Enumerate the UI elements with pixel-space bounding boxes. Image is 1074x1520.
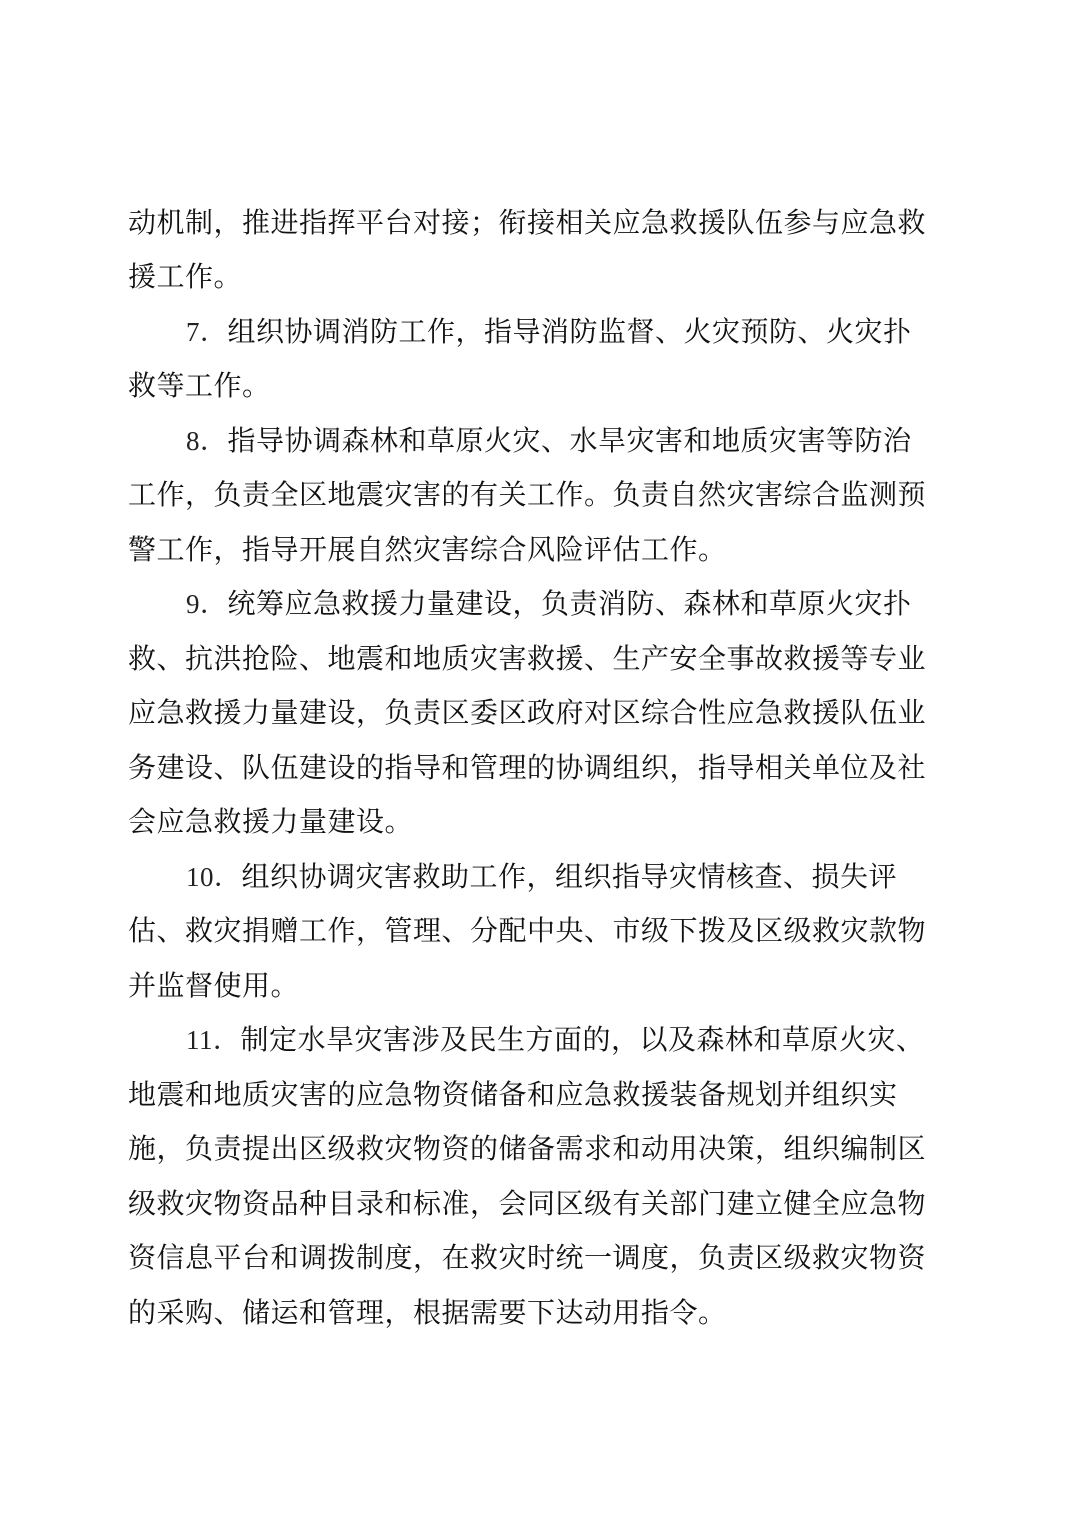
line-text: 会应急救援力量建设。 (128, 805, 413, 838)
paragraph-line: 应急救援力量建设，负责区委区政府对区综合性应急救援队伍业 (128, 693, 940, 733)
paragraph-line: 工作，负责全区地震灾害的有关工作。负责自然灾害综合监测预 (128, 475, 940, 515)
paragraph-11-first-line: 11．制定水旱灾害涉及民生方面的，以及森林和草原火灾、 (186, 1020, 998, 1060)
paragraph-line: 的采购、储运和管理，根据需要下达动用指令。 (128, 1293, 940, 1333)
line-text: 统筹应急救援力量建设，负责消防、森林和草原火灾扑 (228, 587, 912, 620)
line-text: 制定水旱灾害涉及民生方面的，以及森林和草原火灾、 (241, 1023, 925, 1056)
line-text: 组织协调消防工作，指导消防监督、火灾预防、火灾扑 (228, 315, 912, 348)
paragraph-7-first-line: 7．组织协调消防工作，指导消防监督、火灾预防、火灾扑 (186, 312, 998, 352)
paragraph-line: 救等工作。 (128, 366, 940, 406)
paragraph-8-first-line: 8．指导协调森林和草原火灾、水旱灾害和地质灾害等防治 (186, 421, 998, 461)
paragraph-line: 估、救灾捐赠工作，管理、分配中央、市级下拨及区级救灾款物 (128, 911, 940, 951)
paragraph-9-first-line: 9．统筹应急救援力量建设，负责消防、森林和草原火灾扑 (186, 584, 998, 624)
item-number: 11． (186, 1025, 241, 1055)
item-number: 7． (186, 317, 228, 347)
paragraph-line: 援工作。 (128, 257, 940, 297)
line-text: 施，负责提出区级救灾物资的储备需求和动用决策，组织编制区 (128, 1132, 926, 1165)
line-text: 估、救灾捐赠工作，管理、分配中央、市级下拨及区级救灾款物 (128, 914, 926, 947)
line-text: 救、抗洪抢险、地震和地质灾害救援、生产安全事故救援等专业 (128, 642, 926, 675)
line-text: 并监督使用。 (128, 969, 299, 1002)
line-text: 地震和地质灾害的应急物资储备和应急救援装备规划并组织实 (128, 1078, 898, 1111)
line-text: 务建设、队伍建设的指导和管理的协调组织，指导相关单位及社 (128, 751, 926, 784)
line-text: 的采购、储运和管理，根据需要下达动用指令。 (128, 1296, 727, 1329)
line-text: 警工作，指导开展自然灾害综合风险评估工作。 (128, 533, 727, 566)
paragraph-10-first-line: 10．组织协调灾害救助工作，组织指导灾情核查、损失评 (186, 857, 998, 897)
line-text: 资信息平台和调拨制度，在救灾时统一调度，负责区级救灾物资 (128, 1241, 926, 1274)
line-text: 工作，负责全区地震灾害的有关工作。负责自然灾害综合监测预 (128, 478, 926, 511)
line-text: 应急救援力量建设，负责区委区政府对区综合性应急救援队伍业 (128, 696, 926, 729)
item-number: 9． (186, 589, 228, 619)
paragraph-line: 资信息平台和调拨制度，在救灾时统一调度，负责区级救灾物资 (128, 1238, 940, 1278)
paragraph-line: 并监督使用。 (128, 966, 940, 1006)
item-number: 10． (186, 862, 242, 892)
line-text: 救等工作。 (128, 369, 271, 402)
paragraph-line: 施，负责提出区级救灾物资的储备需求和动用决策，组织编制区 (128, 1129, 940, 1169)
paragraph-line: 警工作，指导开展自然灾害综合风险评估工作。 (128, 530, 940, 570)
line-text: 援工作。 (128, 260, 242, 293)
paragraph-line: 地震和地质灾害的应急物资储备和应急救援装备规划并组织实 (128, 1075, 940, 1115)
paragraph-line: 会应急救援力量建设。 (128, 802, 940, 842)
item-number: 8． (186, 426, 228, 456)
paragraph-line: 务建设、队伍建设的指导和管理的协调组织，指导相关单位及社 (128, 748, 940, 788)
paragraph-line: 动机制，推进指挥平台对接；衔接相关应急救援队伍参与应急救 (128, 203, 940, 243)
paragraph-line: 救、抗洪抢险、地震和地质灾害救援、生产安全事故救援等专业 (128, 639, 940, 679)
line-text: 级救灾物资品种目录和标准，会同区级有关部门建立健全应急物 (128, 1187, 926, 1220)
line-text: 组织协调灾害救助工作，组织指导灾情核查、损失评 (242, 860, 898, 893)
line-text: 动机制，推进指挥平台对接；衔接相关应急救援队伍参与应急救 (128, 206, 926, 239)
document-page: 动机制，推进指挥平台对接；衔接相关应急救援队伍参与应急救 援工作。 7．组织协调… (0, 0, 1074, 1520)
paragraph-line: 级救灾物资品种目录和标准，会同区级有关部门建立健全应急物 (128, 1184, 940, 1224)
line-text: 指导协调森林和草原火灾、水旱灾害和地质灾害等防治 (228, 424, 912, 457)
